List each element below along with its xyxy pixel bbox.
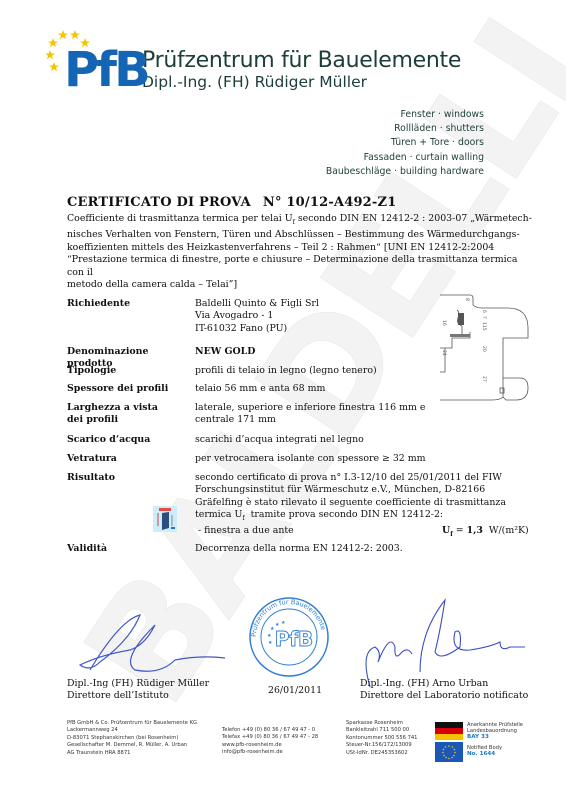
badge-notified-body: Notified Body No. 1644 <box>467 745 502 757</box>
svg-text:★: ★ <box>275 622 280 628</box>
category-item: Fenster · windows <box>326 108 484 122</box>
svg-text:20: 20 <box>481 346 487 352</box>
field-value: secondo certificato di prova n° I.3-12/1… <box>195 472 540 526</box>
certificate-page: BALDELLI BALDELLI PfB Prüfzentrum für Ba… <box>0 0 566 800</box>
german-flag-icon <box>435 722 463 740</box>
field-label: Spessore dei profili <box>67 383 195 395</box>
logo-text: PfB <box>64 46 148 94</box>
field-label: Scarico d‘acqua <box>67 434 195 446</box>
categories-list: Fenster · windows Rollläden · shutters T… <box>326 108 484 179</box>
signature-right <box>350 592 530 692</box>
footer-bank: Sparkasse Rosenheim Bankleitzahl 711 500… <box>346 720 417 757</box>
category-item: Türen + Tore · doors <box>326 136 484 150</box>
stamp-seal: Prüfzentrum für Bauelemente PfB ★★★★★ <box>248 596 330 678</box>
badge-bay33: Anerkannte Prüfstelle Landesbauordnung B… <box>467 722 523 741</box>
field-label: Vetratura <box>67 453 195 465</box>
signatory-right: Dipl.-Ing. (FH) Arno Urban Direttore del… <box>360 678 528 702</box>
category-item: Baubeschläge · building hardware <box>326 165 484 179</box>
field-value: Decorrenza della norma EN 12412-2: 2003. <box>195 543 540 555</box>
field-label: Risultato <box>67 472 195 484</box>
certificate-number: N° 10/12-A492-Z1 <box>263 195 397 210</box>
website-link[interactable]: www.pfb-rosenheim.de <box>222 742 318 749</box>
svg-text:8: 8 <box>464 298 470 301</box>
svg-text:6: 6 <box>481 310 487 313</box>
certificate-title-text: CERTIFICATO DI PROVA <box>67 195 251 210</box>
company-name: Prüfzentrum für Bauelemente <box>142 50 461 72</box>
field-value: per vetrocamera isolante con spessore ≥ … <box>195 453 540 465</box>
svg-text:16: 16 <box>441 320 447 326</box>
certificate-title: CERTIFICATO DI PROVAN° 10/12-A492-Z1 <box>67 195 396 210</box>
footer-contact: Telefon +49 (0) 80 36 / 67 49 47 - 0 Tel… <box>222 727 318 757</box>
intro-text: Coefficiente di trasmittanza termica per… <box>67 213 537 291</box>
svg-text:★: ★ <box>281 620 286 626</box>
category-item: Rollläden · shutters <box>326 122 484 136</box>
svg-text:PfB: PfB <box>275 627 314 651</box>
category-item: Fassaden · curtain walling <box>326 151 484 165</box>
svg-text:★: ★ <box>268 640 273 646</box>
svg-text:115: 115 <box>481 322 487 331</box>
svg-text:★: ★ <box>267 633 272 639</box>
thermal-test-icon <box>153 506 177 532</box>
field-label: Richiedente <box>67 298 195 310</box>
field-label: Larghezza a vista dei profili <box>67 402 195 427</box>
company-subtitle: Dipl.-Ing. (FH) Rüdiger Müller <box>142 75 367 91</box>
profile-drawing-icon: 8 16 24 6 7 115 20 27 <box>440 290 560 410</box>
field-value: scarichi d’acqua integrati nel legno <box>195 434 540 446</box>
svg-text:27: 27 <box>481 376 487 382</box>
result-item: - finestra a due ante <box>195 525 294 536</box>
eu-flag-icon <box>435 742 463 762</box>
uf-value: Uf = 1,3 W/(m²K) <box>442 525 529 541</box>
field-label: Tipologie <box>67 365 195 377</box>
issue-date: 26/01/2011 <box>268 685 322 696</box>
footer-company: PfB GmbH & Co. Prüfzentrum für Bauelemen… <box>67 720 197 757</box>
svg-text:24: 24 <box>441 350 447 356</box>
field-label: Validità <box>67 543 195 555</box>
signature-left <box>60 600 230 680</box>
svg-text:7: 7 <box>481 316 487 319</box>
signatory-left: Dipl.-Ing (FH) Rüdiger Müller Direttore … <box>67 678 209 702</box>
email-link[interactable]: info@pfb-rosenheim.de <box>222 749 318 756</box>
